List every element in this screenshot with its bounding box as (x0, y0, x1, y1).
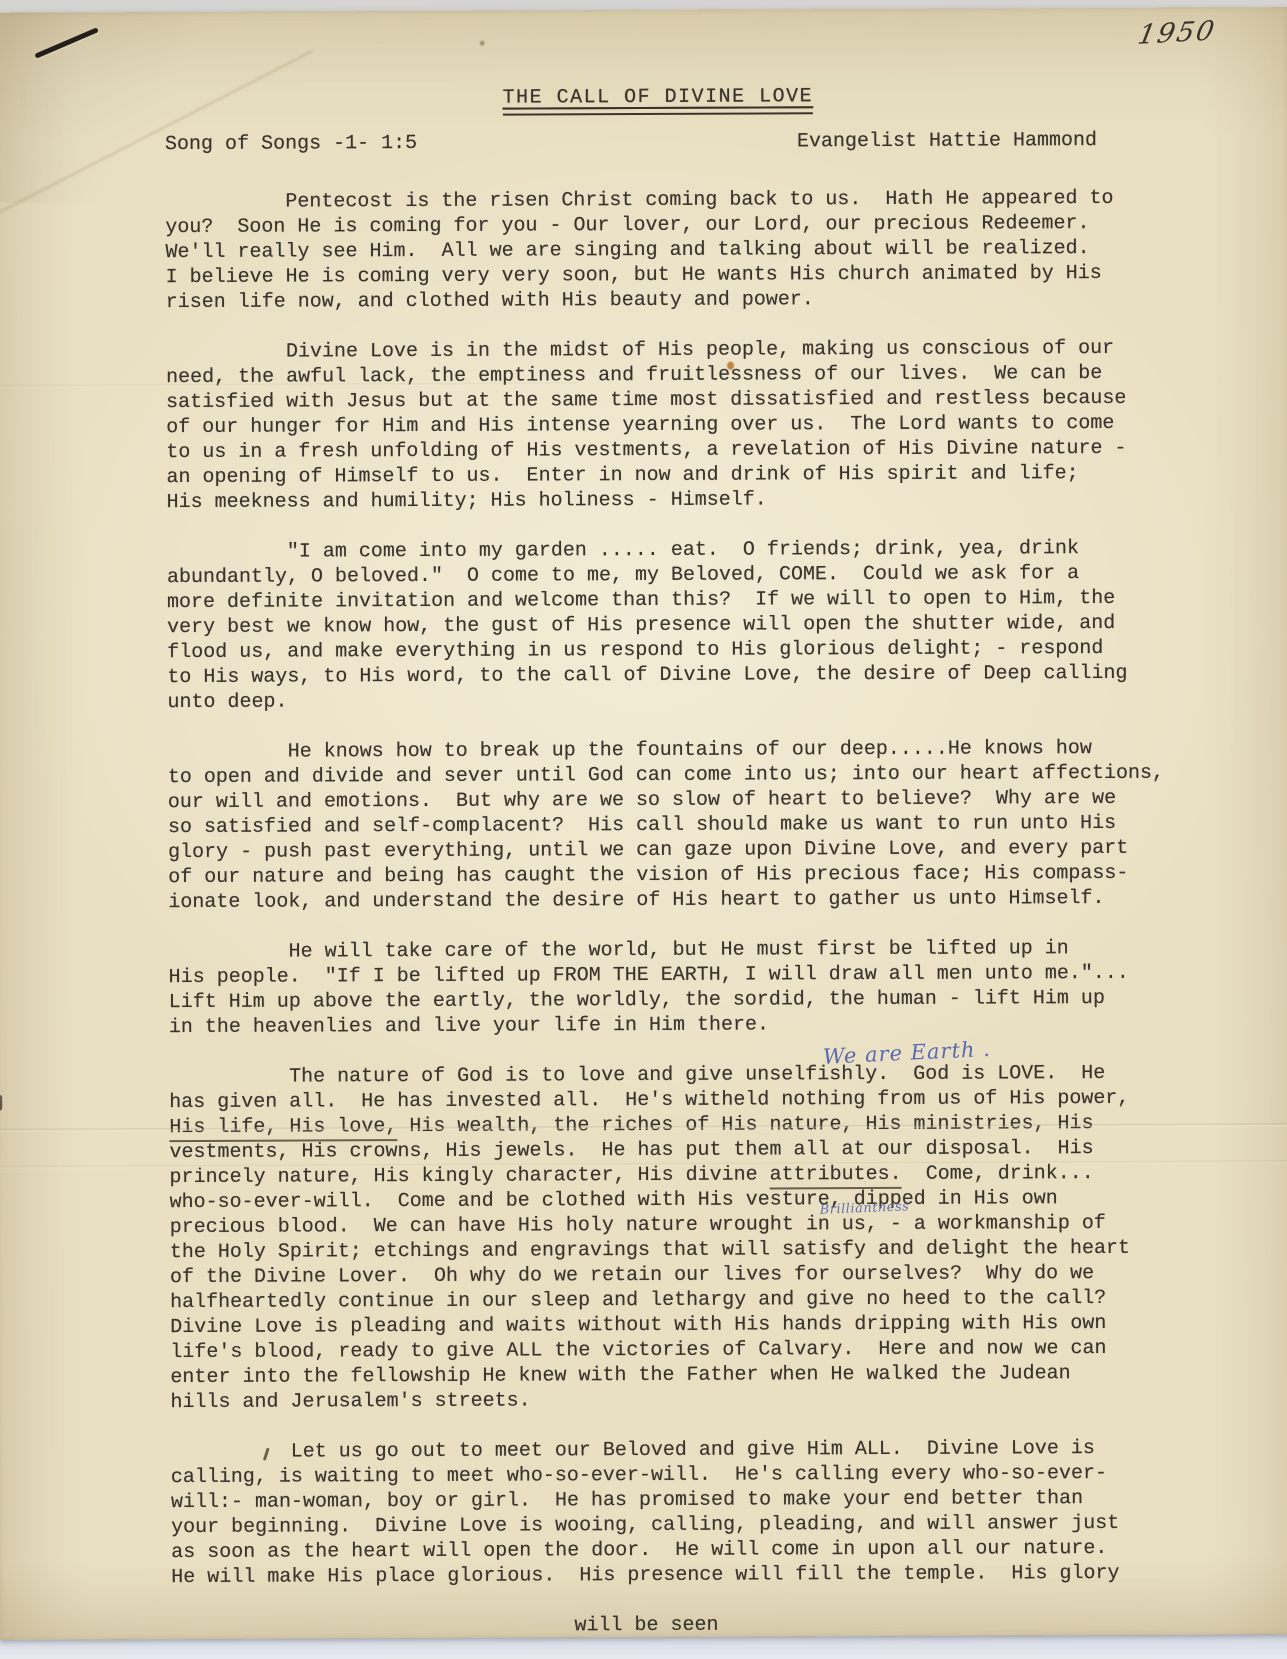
handwritten-year: 1950 (1135, 15, 1219, 50)
paragraphs-container: Pentecost is the risen Christ coming bac… (165, 186, 1193, 1590)
author-name: Evangelist Hattie Hammond (797, 129, 1097, 153)
scanned-page: 1950 THE CALL OF DIVINE LOVE Song of Son… (0, 0, 1287, 1659)
paragraph: Divine Love is in the midst of His peopl… (166, 336, 1189, 515)
closing-line: will be seen (171, 1611, 1121, 1640)
title-row: THE CALL OF DIVINE LOVE (163, 84, 1153, 117)
paragraph: Let us go out to meet our Beloved and gi… (171, 1436, 1194, 1590)
stain-spot (727, 362, 734, 370)
paragraph: He knows how to break up the fountains o… (168, 736, 1191, 915)
stain-spot (480, 41, 485, 46)
edge-nick-mark (0, 1095, 2, 1111)
paragraph: The nature of God is to love and give un… (169, 1061, 1193, 1415)
scripture-reference: Song of Songs -1- 1:5 (165, 132, 417, 156)
meta-row: Song of Songs -1- 1:5 Evangelist Hattie … (165, 129, 1097, 156)
page-title: THE CALL OF DIVINE LOVE (503, 85, 814, 115)
paragraph: He will take care of the world, but He m… (169, 936, 1191, 1040)
paragraph: "I am come into my garden ..... eat. O f… (167, 536, 1190, 715)
document-body: Pentecost is the risen Christ coming bac… (165, 186, 1193, 1640)
paragraph: Pentecost is the risen Christ coming bac… (165, 186, 1188, 315)
paper-sheet: 1950 THE CALL OF DIVINE LOVE Song of Son… (0, 7, 1287, 1640)
